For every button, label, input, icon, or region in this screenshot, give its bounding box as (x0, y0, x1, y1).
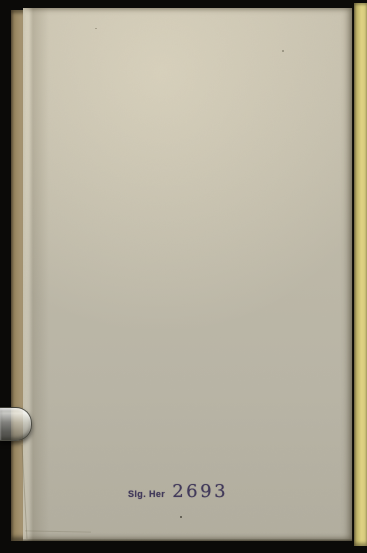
paper-speck (282, 50, 284, 52)
library-collection-stamp: Slg. Her 2693 (128, 483, 228, 501)
paper-speck (95, 28, 97, 29)
paper-grain-texture (23, 8, 352, 541)
scanned-book-page: Slg. Her 2693 (0, 0, 367, 553)
stamp-number: 2693 (172, 483, 228, 501)
paper-speck (180, 516, 182, 518)
stamp-prefix: Slg. Her (128, 490, 165, 499)
main-page (23, 8, 352, 541)
page-corner-crease (25, 530, 91, 532)
binder-clip (0, 407, 32, 441)
next-page-edge (354, 3, 367, 546)
page-edge-crease (22, 445, 28, 539)
